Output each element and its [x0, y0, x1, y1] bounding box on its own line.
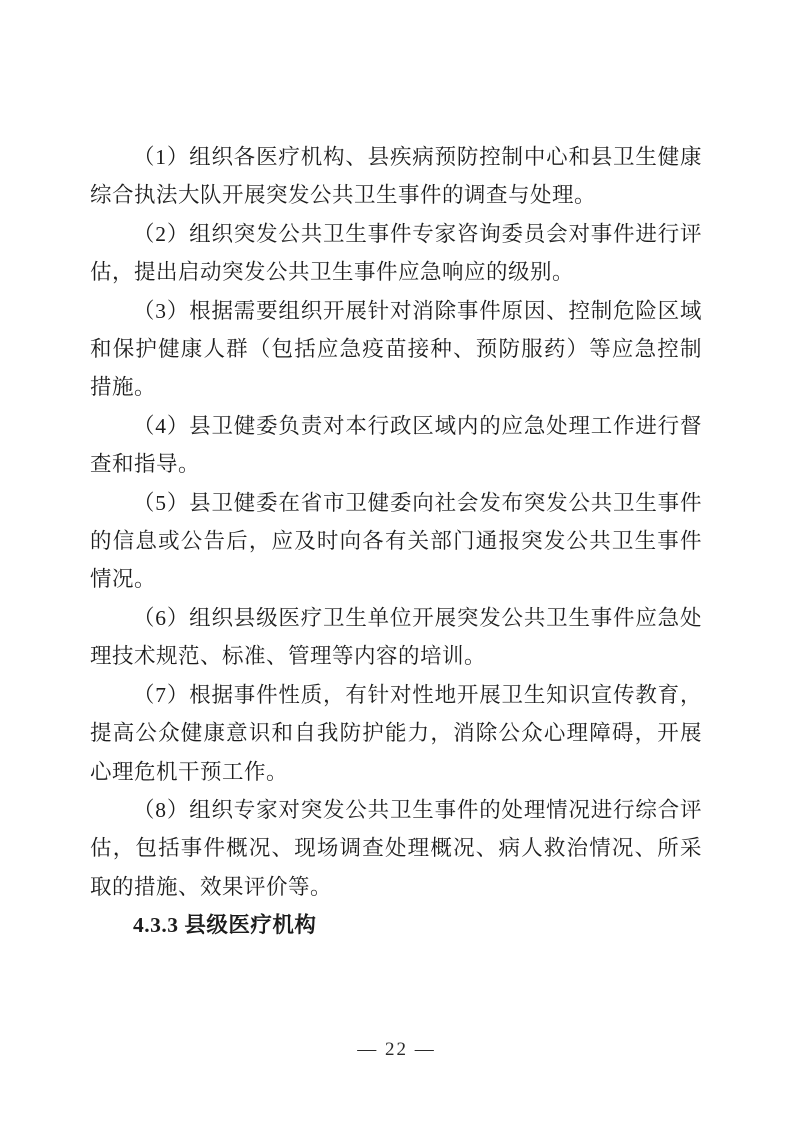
page-number: — 22 — [0, 1038, 793, 1062]
body-paragraph-1: （1）组织各医疗机构、县疾病预防控制中心和县卫生健康综合执法大队开展突发公共卫生… [90, 138, 702, 215]
body-paragraph-7: （7）根据事件性质，有针对性地开展卫生知识宣传教育，提高公众健康意识和自我防护能… [90, 676, 702, 791]
body-paragraph-6: （6）组织县级医疗卫生单位开展突发公共卫生事件应急处理技术规范、标准、管理等内容… [90, 599, 702, 676]
body-paragraph-2: （2）组织突发公共卫生事件专家咨询委员会对事件进行评估，提出启动突发公共卫生事件… [90, 215, 702, 292]
body-paragraph-5: （5）县卫健委在省市卫健委向社会发布突发公共卫生事件的信息或公告后，应及时向各有… [90, 484, 702, 599]
section-heading-4-3-3: 4.3.3 县级医疗机构 [90, 906, 702, 944]
body-paragraph-4: （4）县卫健委负责对本行政区域内的应急处理工作进行督查和指导。 [90, 407, 702, 484]
body-paragraph-8: （8）组织专家对突发公共卫生事件的处理情况进行综合评估，包括事件概况、现场调查处… [90, 791, 702, 906]
document-body: （1）组织各医疗机构、县疾病预防控制中心和县卫生健康综合执法大队开展突发公共卫生… [90, 138, 702, 945]
document-page: （1）组织各医疗机构、县疾病预防控制中心和县卫生健康综合执法大队开展突发公共卫生… [0, 0, 793, 1122]
body-paragraph-3: （3）根据需要组织开展针对消除事件原因、控制危险区域和保护健康人群（包括应急疫苗… [90, 292, 702, 407]
